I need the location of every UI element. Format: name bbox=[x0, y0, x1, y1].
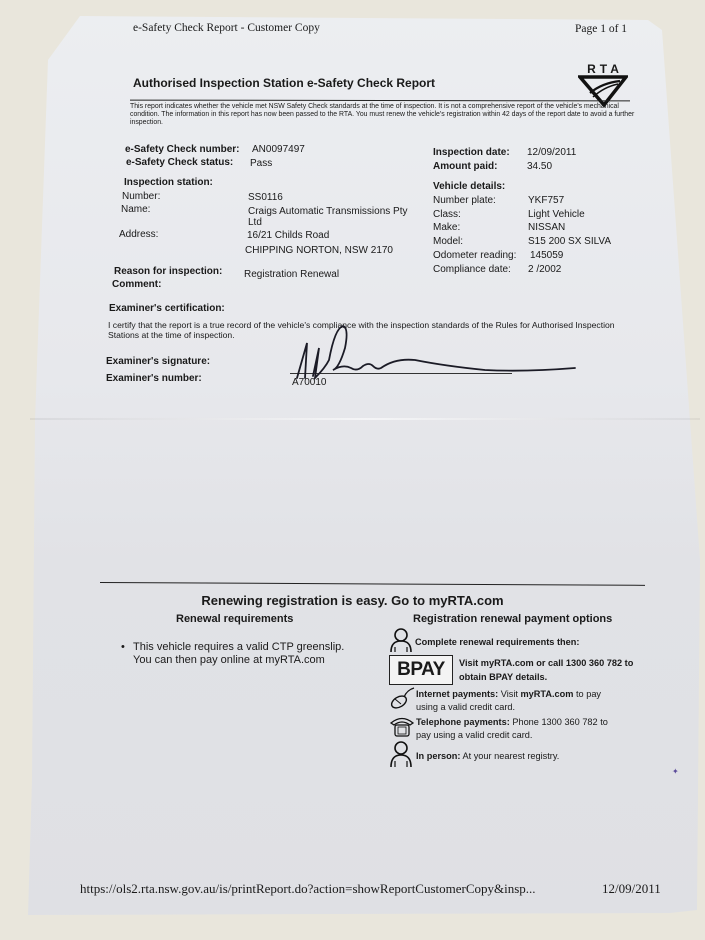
paper-fold-crease bbox=[30, 418, 700, 420]
check-number-label: e-Safety Check number: bbox=[125, 144, 239, 155]
paper-document bbox=[0, 0, 705, 940]
amount-paid-value: 34.50 bbox=[527, 161, 552, 172]
telephone-payments-line1: Telephone payments: Phone 1300 360 782 t… bbox=[416, 716, 608, 728]
internet-payments-line1: Internet payments: Visit myRTA.com to pa… bbox=[416, 688, 601, 700]
vehicle-field-label: Compliance date: bbox=[433, 264, 511, 275]
check-status-label: e-Safety Check status: bbox=[126, 157, 233, 168]
station-name-line1: Craigs Automatic Transmissions Pty bbox=[248, 206, 408, 217]
page-indicator: Page 1 of 1 bbox=[575, 23, 627, 35]
examiner-number-label: Examiner's number: bbox=[106, 373, 202, 384]
station-heading: Inspection station: bbox=[124, 177, 213, 188]
station-address-line1: 16/21 Childs Road bbox=[247, 230, 329, 241]
telephone-payments-label: Telephone payments: bbox=[416, 717, 510, 727]
vehicle-field-value: Light Vehicle bbox=[528, 209, 585, 220]
person-icon bbox=[389, 627, 413, 653]
inspection-date-value: 12/09/2011 bbox=[527, 147, 576, 158]
vehicle-field-value: NISSAN bbox=[528, 222, 565, 233]
examiner-signature-label: Examiner's signature: bbox=[106, 356, 210, 367]
vehicle-field-label: Make: bbox=[433, 222, 460, 233]
bpay-line1: Visit myRTA.com or call 1300 360 782 to bbox=[459, 657, 633, 669]
internet-payments-line2: using a valid credit card. bbox=[416, 701, 515, 713]
bpay-logo-text: BPAY bbox=[397, 659, 445, 681]
vehicle-field-label: Class: bbox=[433, 209, 461, 220]
internet-payments-label: Internet payments: bbox=[416, 689, 498, 699]
requirements-line1: This vehicle requires a valid CTP greens… bbox=[133, 641, 344, 653]
bullet-icon: • bbox=[121, 641, 125, 653]
report-notice: This report indicates whether the vehicl… bbox=[130, 103, 635, 127]
handwritten-signature-icon bbox=[285, 318, 585, 388]
in-person-label: In person: bbox=[416, 751, 460, 761]
ink-mark: ✦ bbox=[672, 767, 682, 775]
station-number-label: Number: bbox=[122, 191, 160, 202]
internet-payments-text-c: to pay bbox=[573, 689, 601, 699]
bpay-logo: BPAY bbox=[389, 655, 453, 685]
computer-mouse-icon bbox=[389, 686, 415, 710]
station-address-label: Address: bbox=[119, 229, 158, 240]
complete-requirements-text: Complete renewal requirements then: bbox=[415, 636, 579, 648]
reason-value: Registration Renewal bbox=[244, 269, 339, 280]
check-status-value: Pass bbox=[250, 158, 272, 169]
rta-logo-text: RTA bbox=[578, 63, 628, 75]
internet-payments-text-a: Visit bbox=[501, 689, 521, 699]
inspection-date-label: Inspection date: bbox=[433, 147, 510, 158]
vehicle-field-label: Odometer reading: bbox=[433, 250, 516, 261]
check-number-value: AN0097497 bbox=[252, 144, 305, 155]
renewal-banner: Renewing registration is easy. Go to myR… bbox=[0, 593, 705, 608]
in-person-text: At your nearest registry. bbox=[462, 751, 559, 761]
vehicle-field-value: S15 200 SX SILVA bbox=[528, 236, 611, 247]
report-title: Authorised Inspection Station e-Safety C… bbox=[133, 76, 435, 90]
reason-label: Reason for inspection: bbox=[114, 266, 222, 277]
renewal-requirements-heading: Renewal requirements bbox=[176, 613, 293, 625]
station-address-line2: CHIPPING NORTON, NSW 2170 bbox=[245, 245, 393, 256]
vehicle-field-value: 145059 bbox=[530, 250, 563, 261]
in-person-icon bbox=[389, 740, 413, 768]
requirements-line2: You can then pay online at myRTA.com bbox=[133, 654, 325, 666]
examiner-number-value: A70010 bbox=[292, 377, 326, 388]
station-number-value: SS0116 bbox=[248, 192, 283, 203]
internet-payments-link: myRTA.com bbox=[521, 689, 574, 699]
vehicle-details-heading: Vehicle details: bbox=[433, 181, 505, 192]
telephone-payments-line2: pay using a valid credit card. bbox=[416, 729, 532, 741]
examiner-cert-heading: Examiner's certification: bbox=[109, 303, 225, 314]
payment-options-heading: Registration renewal payment options bbox=[413, 613, 612, 625]
in-person-line: In person: At your nearest registry. bbox=[416, 750, 559, 762]
vehicle-field-label: Model: bbox=[433, 236, 463, 247]
vehicle-field-value: YKF757 bbox=[528, 195, 564, 206]
station-name-line2: Ltd bbox=[248, 217, 262, 228]
amount-paid-label: Amount paid: bbox=[433, 161, 497, 172]
comment-label: Comment: bbox=[112, 279, 161, 290]
telephone-icon bbox=[389, 714, 415, 738]
bpay-line2: obtain BPAY details. bbox=[459, 671, 547, 683]
document-header-title: e-Safety Check Report - Customer Copy bbox=[133, 22, 320, 34]
vehicle-field-value: 2 /2002 bbox=[528, 264, 561, 275]
footer-print-date: 12/09/2011 bbox=[602, 881, 661, 897]
footer-url: https://ols2.rta.nsw.gov.au/is/printRepo… bbox=[80, 881, 536, 897]
vehicle-field-label: Number plate: bbox=[433, 195, 496, 206]
station-name-label: Name: bbox=[121, 204, 150, 215]
telephone-payments-text: Phone 1300 360 782 to bbox=[512, 717, 608, 727]
